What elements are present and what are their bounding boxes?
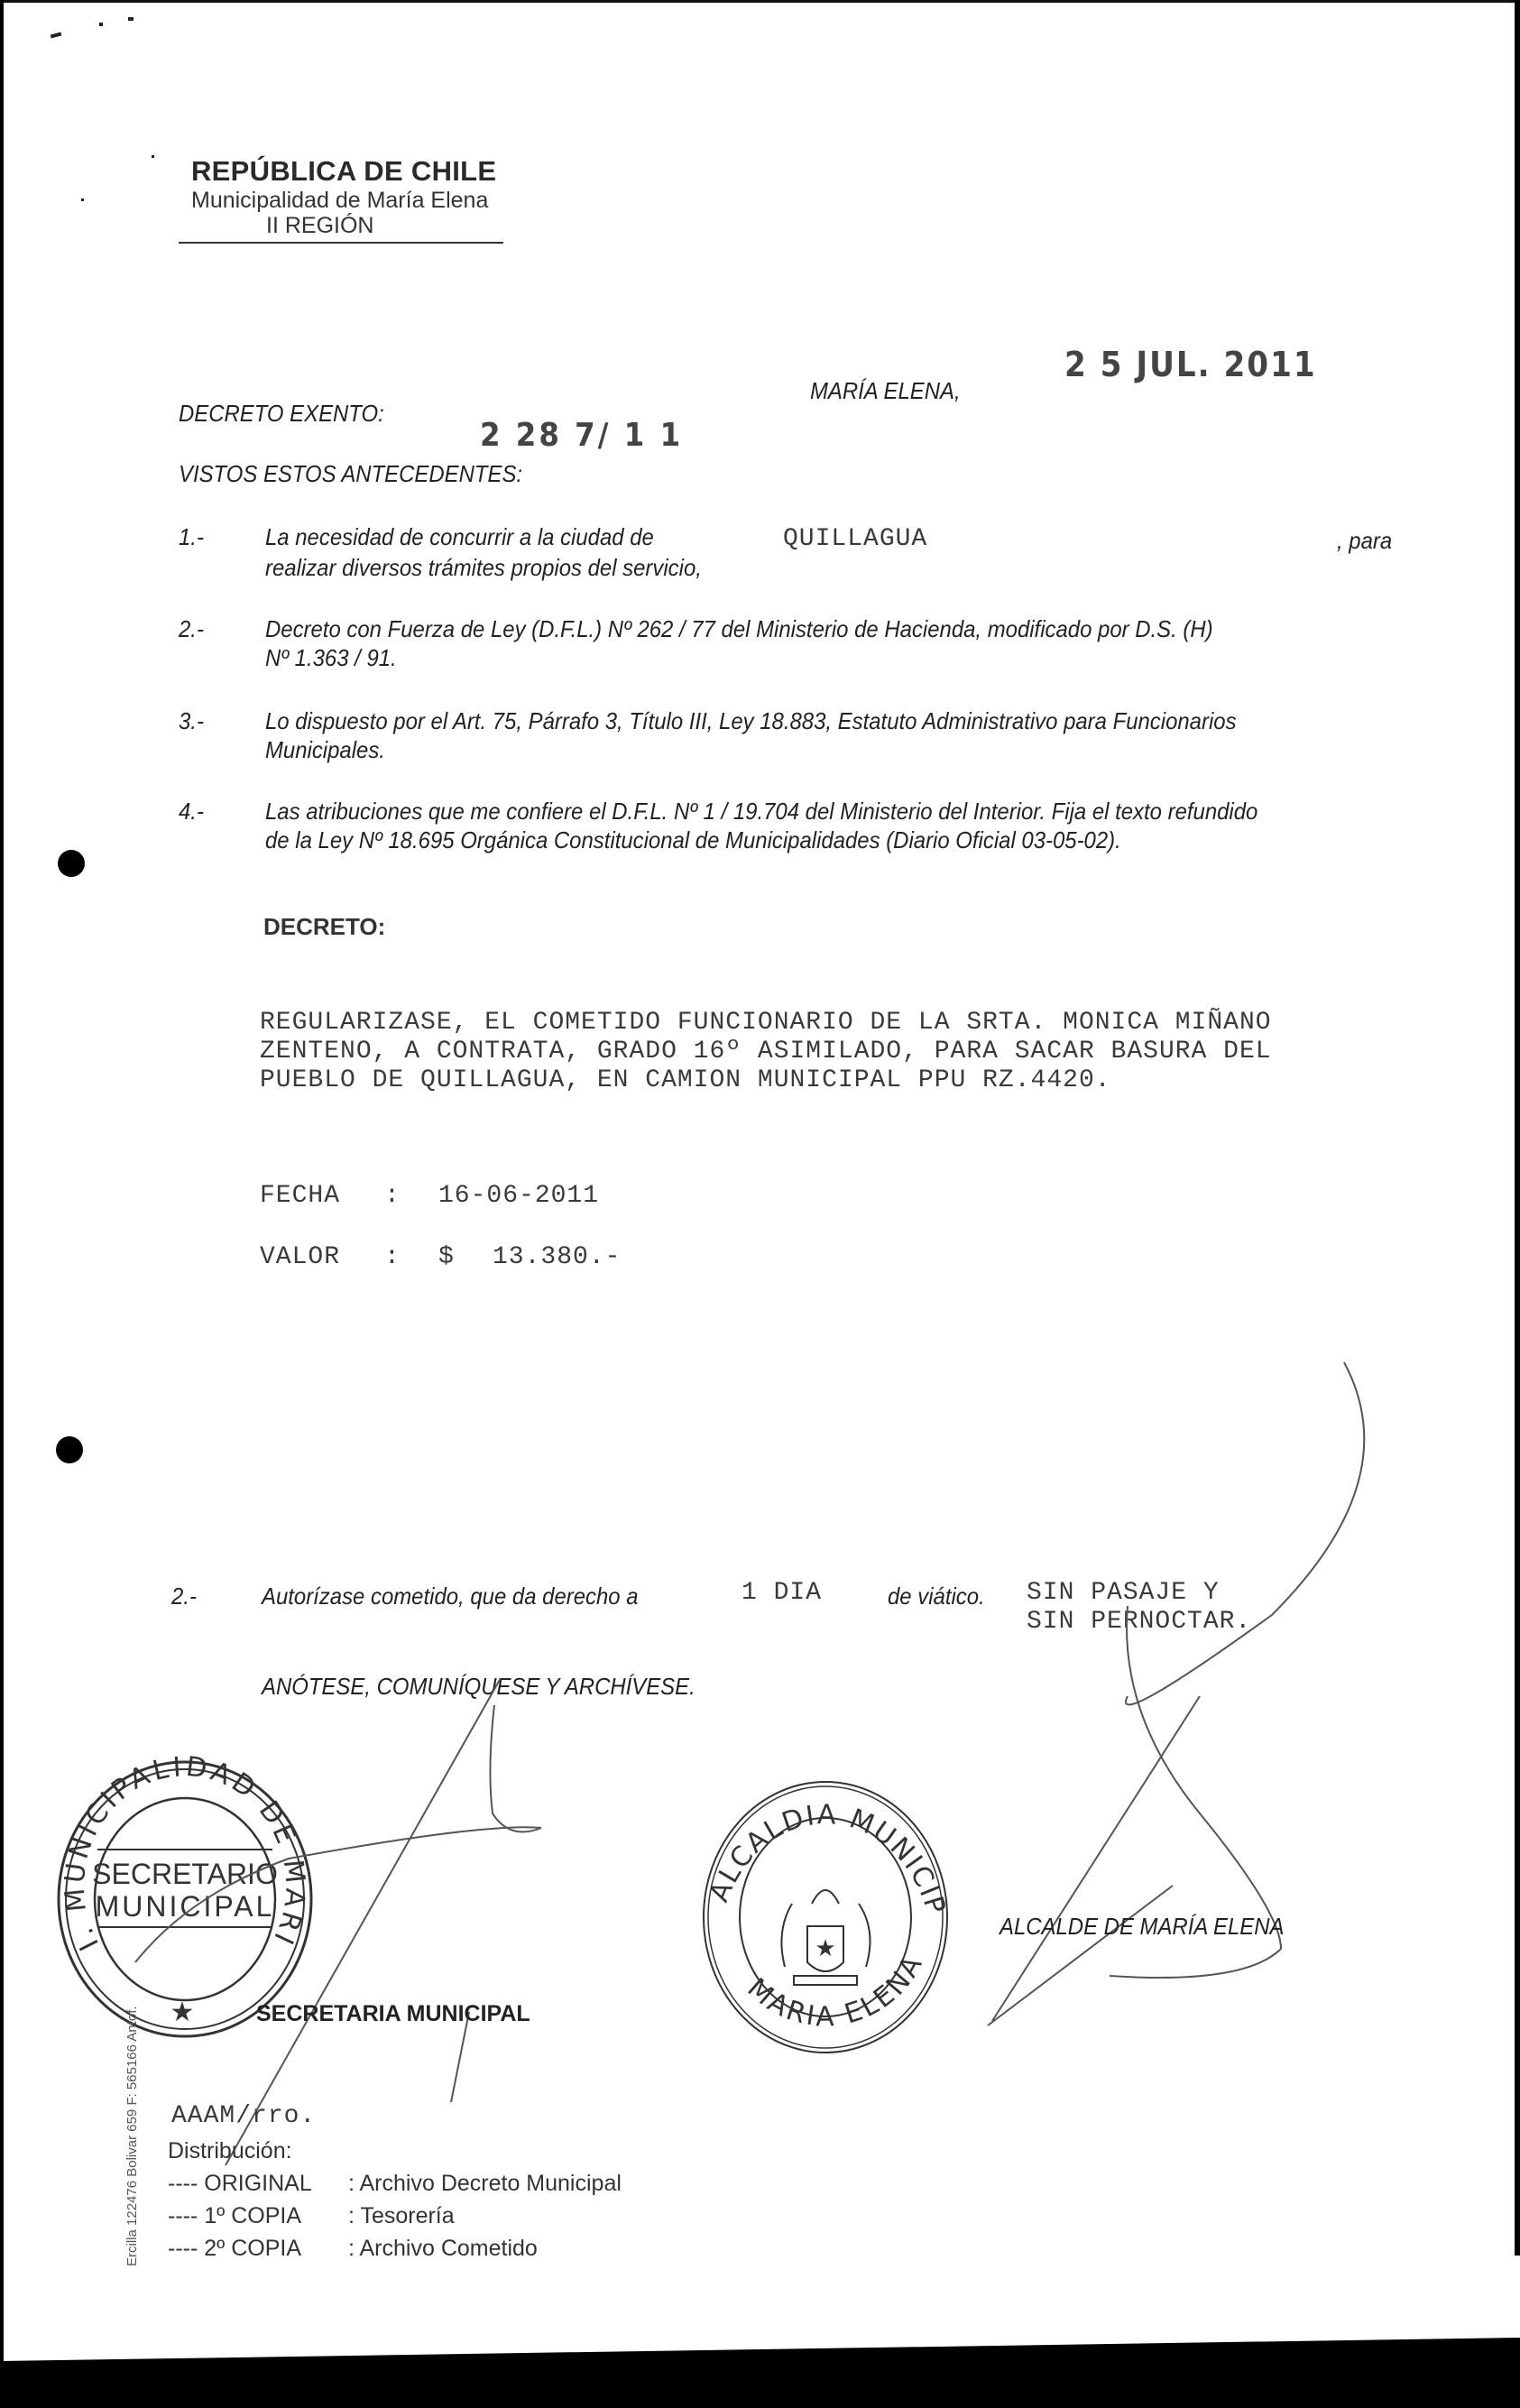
fecha-value: 16-06-2011 <box>438 1182 599 1211</box>
item2-note: SIN PASAJE Y <box>1027 1579 1220 1608</box>
vistos-item-text: La necesidad de concurrir a la ciudad de <box>265 521 654 552</box>
closing-formula: ANÓTESE, COMUNÍQUESE Y ARCHÍVESE. <box>262 1671 696 1702</box>
binder-hole <box>58 850 85 877</box>
scan-speck <box>51 32 62 39</box>
decreto-body-line: ZENTENO, A CONTRATA, GRADO 16º ASIMILADO… <box>260 1038 1272 1066</box>
svg-text:★: ★ <box>815 1934 835 1961</box>
distribution-copy: ---- 1º COPIA <box>168 2203 301 2229</box>
vistos-item-number: 1.- <box>179 521 204 552</box>
decree-number-stamp: 2 28 7/ 1 1 <box>480 417 683 454</box>
vistos-item-text: Las atribuciones que me confiere el D.F.… <box>265 796 1257 826</box>
scan-speck <box>152 155 154 158</box>
typist-initials: AAAM/rro. <box>171 2102 316 2131</box>
valor-label: VALOR <box>260 1243 340 1272</box>
vistos-item-number: 4.- <box>179 796 204 826</box>
distribution-heading: Distribución: <box>168 2138 292 2164</box>
svg-text:★: ★ <box>170 1997 195 2027</box>
scan-border-bottom <box>0 2282 1520 2408</box>
header-municipality: Municipalidad de María Elena <box>191 188 488 214</box>
signature-title-alcalde: ALCALDE DE MARÍA ELENA <box>1000 1911 1285 1942</box>
viatico-days: 1 DIA <box>742 1579 822 1608</box>
distribution-dest: : Archivo Decreto Municipal <box>348 2171 622 2197</box>
alcaldia-seal: ALCALDIA MUNICIPAL MARIA ELENA ★ <box>686 1768 965 2066</box>
vistos-heading: VISTOS ESTOS ANTECEDENTES: <box>179 460 522 488</box>
item2-number: 2.- <box>171 1581 197 1611</box>
svg-text:SECRETARIO: SECRETARIO <box>92 1858 278 1890</box>
item2-note: SIN PERNOCTAR. <box>1027 1608 1251 1637</box>
vistos-item-text: realizar diversos trámites propios del s… <box>265 552 702 583</box>
decreto-body-line: PUEBLO DE QUILLAGUA, EN CAMION MUNICIPAL… <box>260 1066 1111 1095</box>
destination-city: QUILLAGUA <box>783 525 927 553</box>
vistos-item-text: Decreto con Fuerza de Ley (D.F.L.) Nº 26… <box>265 614 1213 644</box>
header-divider <box>179 242 503 244</box>
vistos-item-text: Municipales. <box>265 734 385 765</box>
scan-speck <box>99 23 103 26</box>
valor-separator: : <box>384 1243 401 1272</box>
valor-amount: 13.380.- <box>493 1243 621 1272</box>
vistos-item-number: 2.- <box>179 614 204 644</box>
fecha-separator: : <box>384 1182 401 1211</box>
date-stamp: 2 5 JUL. 2011 <box>1064 345 1317 384</box>
distribution-dest: : Tesorería <box>348 2203 455 2229</box>
distribution-dest: : Archivo Cometido <box>348 2236 538 2262</box>
decreto-heading: DECRETO: <box>263 913 385 941</box>
scan-border-top <box>0 0 1520 3</box>
item2-text-end: de viático. <box>888 1581 985 1611</box>
place-label: MARÍA ELENA, <box>810 377 961 405</box>
vistos-item-text-end: , para <box>1337 525 1392 556</box>
item2-text: Autorízase cometido, que da derecho a <box>262 1581 639 1611</box>
vistos-item-text: Nº 1.363 / 91. <box>265 642 397 673</box>
binder-hole <box>56 1436 83 1463</box>
scan-speck <box>81 198 84 201</box>
svg-text:MARIA ELENA: MARIA ELENA <box>742 1949 930 2033</box>
signature-title-secretaria: SECRETARIA MUNICIPAL <box>256 2001 530 2027</box>
fecha-label: FECHA <box>260 1182 340 1211</box>
scan-speck <box>128 17 134 21</box>
distribution-copy: ---- 2º COPIA <box>168 2236 301 2262</box>
header-country: REPÚBLICA DE CHILE <box>191 155 496 188</box>
svg-text:MUNICIPAL: MUNICIPAL <box>96 1890 275 1923</box>
vistos-item-number: 3.- <box>179 706 204 736</box>
decree-type-label: DECRETO EXENTO: <box>179 400 384 428</box>
decreto-body-line: REGULARIZASE, EL COMETIDO FUNCIONARIO DE… <box>260 1009 1272 1038</box>
header-region: II REGIÓN <box>266 213 373 239</box>
svg-text:ALCALDIA MUNICIPAL: ALCALDIA MUNICIPAL <box>686 1768 952 1917</box>
scan-border-right <box>1515 0 1520 2256</box>
coat-of-arms-icon: ★ <box>781 1890 870 1985</box>
printer-imprint: Ercilla 122476 Bolivar 659 F: 565166 Ant… <box>124 2006 140 2266</box>
vistos-item-text: de la Ley Nº 18.695 Orgánica Constitucio… <box>265 825 1121 855</box>
scan-border-left <box>0 0 4 2408</box>
vistos-item-text: Lo dispuesto por el Art. 75, Párrafo 3, … <box>265 706 1237 736</box>
valor-currency: $ <box>438 1243 455 1272</box>
distribution-copy: ---- ORIGINAL <box>168 2171 312 2197</box>
